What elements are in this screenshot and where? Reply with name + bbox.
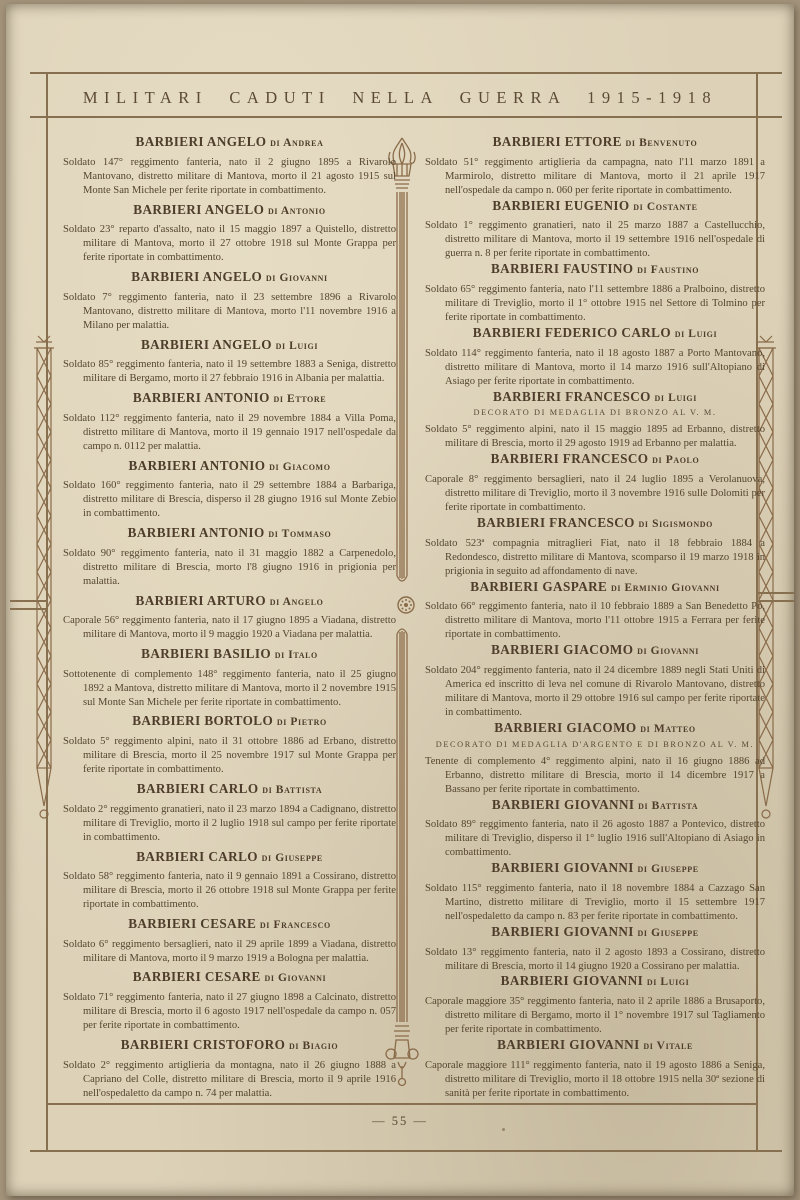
soldier-name-heading: BARBIERI ANGELO di Luigi — [63, 338, 396, 353]
soldier-entry: BARBIERI CARLO di Battista Soldato 2° re… — [63, 782, 396, 845]
soldier-patronymic: di Giacomo — [269, 461, 330, 473]
soldier-name-heading: BARBIERI CRISTOFORO di Biagio — [63, 1038, 396, 1053]
soldier-record-text: Soldato 160° reggimento fanteria, nato i… — [63, 479, 396, 521]
soldier-patronymic: di Pietro — [277, 716, 327, 728]
soldier-record-text: Caporale maggiore 111° reggimento fanter… — [425, 1059, 765, 1101]
soldier-name: BARBIERI ANTONIO — [133, 390, 270, 405]
soldier-record-text: Soldato 204° reggimento fanteria, nato i… — [425, 664, 765, 720]
soldier-patronymic: di Paolo — [652, 454, 699, 466]
soldier-patronymic: di Benvenuto — [626, 137, 698, 149]
soldier-name-heading: BARBIERI ARTURO di Angelo — [63, 594, 396, 609]
right-text-column: BARBIERI ETTORE di Benvenuto Soldato 51°… — [425, 135, 765, 1101]
soldier-name-heading: BARBIERI GIOVANNI di Vitale — [425, 1038, 765, 1053]
soldier-name: BARBIERI FAUSTINO — [491, 261, 634, 276]
soldier-name: BARBIERI BORTOLO — [132, 713, 273, 728]
soldier-patronymic: di Luigi — [675, 328, 717, 340]
soldier-name-heading: BARBIERI GIACOMO di Giovanni — [425, 643, 765, 658]
soldier-patronymic: di Battista — [262, 784, 322, 796]
soldier-name: BARBIERI GIACOMO — [494, 720, 636, 735]
soldier-entry: BARBIERI BASILIO di Italo Sottotenente d… — [63, 647, 396, 710]
soldier-entry: BARBIERI ETTORE di Benvenuto Soldato 51°… — [425, 135, 765, 198]
soldier-name: BARBIERI CESARE — [133, 969, 261, 984]
soldier-record-text: Soldato 5° reggimento alpini, nato il 31… — [63, 735, 396, 777]
soldier-name-heading: BARBIERI ANGELO di Giovanni — [63, 270, 396, 285]
banner-ornament-left — [22, 334, 66, 844]
soldier-name: BARBIERI CESARE — [128, 916, 256, 931]
soldier-name-heading: BARBIERI GIOVANNI di Luigi — [425, 974, 765, 989]
soldier-name: BARBIERI GIOVANNI — [501, 973, 644, 988]
soldier-name-heading: BARBIERI ANGELO di Andrea — [63, 135, 396, 150]
soldier-record-text: Sottotenente di complemento 148° reggime… — [63, 668, 396, 710]
soldier-entry: BARBIERI CESARE di Francesco Soldato 6° … — [63, 917, 396, 966]
soldier-name-heading: BARBIERI GIOVANNI di Giuseppe — [425, 861, 765, 876]
content-bottom-rule — [46, 1103, 757, 1105]
soldier-name-heading: BARBIERI ANTONIO di Ettore — [63, 391, 396, 406]
soldier-name-heading: BARBIERI CARLO di Battista — [63, 782, 396, 797]
soldier-patronymic: di Giovanni — [637, 645, 699, 657]
soldier-name-heading: BARBIERI BASILIO di Italo — [63, 647, 396, 662]
soldier-entry: BARBIERI FRANCESCO di Paolo Caporale 8° … — [425, 452, 765, 515]
soldier-record-text: Caporale 8° reggimento bersaglieri, nato… — [425, 473, 765, 515]
soldier-name: BARBIERI ANGELO — [131, 269, 262, 284]
soldier-record-text: Soldato 2° reggimento artiglieria da mon… — [63, 1059, 396, 1101]
soldier-name-heading: BARBIERI ANTONIO di Tommaso — [63, 526, 396, 541]
soldier-name: BARBIERI GIOVANNI — [491, 924, 634, 939]
soldier-entry: BARBIERI CARLO di Giuseppe Soldato 58° r… — [63, 850, 396, 913]
soldier-name: BARBIERI ANGELO — [141, 337, 272, 352]
soldier-record-text: Caporale 56° reggimento fanteria, nato i… — [63, 614, 396, 642]
soldier-patronymic: di Angelo — [270, 596, 324, 608]
top-outer-rule — [30, 72, 782, 74]
soldier-entry: BARBIERI CRISTOFORO di Biagio Soldato 2°… — [63, 1038, 396, 1101]
soldier-name: BARBIERI GIOVANNI — [497, 1037, 640, 1052]
soldier-record-text: Soldato 7° reggimento fanteria, nato il … — [63, 291, 396, 333]
soldier-record-text: Soldato 13° reggimento fanteria, nato il… — [425, 946, 765, 974]
soldier-name-heading: BARBIERI ANTONIO di Giacomo — [63, 459, 396, 474]
soldier-entry: BARBIERI GIOVANNI di Luigi Caporale magg… — [425, 974, 765, 1037]
soldier-name: BARBIERI CARLO — [137, 781, 259, 796]
soldier-entry: BARBIERI FEDERICO CARLO di Luigi Soldato… — [425, 326, 765, 389]
soldier-record-text: Soldato 112° reggimento fanteria, nato i… — [63, 412, 396, 454]
soldier-patronymic: di Andrea — [270, 137, 323, 149]
soldier-name: BARBIERI ANGELO — [133, 202, 264, 217]
soldier-entry: BARBIERI FRANCESCO di Sigismondo Soldato… — [425, 516, 765, 579]
soldier-entry: BARBIERI BORTOLO di Pietro Soldato 5° re… — [63, 714, 396, 777]
soldier-name-heading: BARBIERI CESARE di Francesco — [63, 917, 396, 932]
soldier-name: BARBIERI GASPARE — [470, 579, 607, 594]
soldier-name-heading: BARBIERI CARLO di Giuseppe — [63, 850, 396, 865]
soldier-entry: BARBIERI ANTONIO di Giacomo Soldato 160°… — [63, 459, 396, 522]
soldier-entry: BARBIERI ANTONIO di Tommaso Soldato 90° … — [63, 526, 396, 589]
rosette-icon — [397, 596, 415, 614]
soldier-patronymic: di Antonio — [268, 205, 326, 217]
soldier-entry: BARBIERI FAUSTINO di Faustino Soldato 65… — [425, 262, 765, 325]
soldier-name-heading: BARBIERI GIACOMO di Matteo — [425, 721, 765, 736]
soldier-record-text: Caporale maggiore 35° reggimento fanteri… — [425, 995, 765, 1037]
soldier-patronymic: di Costante — [633, 201, 697, 213]
soldier-record-text: Soldato 2° reggimento granatieri, nato i… — [63, 803, 396, 845]
soldier-entry: BARBIERI ANGELO di Giovanni Soldato 7° r… — [63, 270, 396, 333]
soldier-name: BARBIERI FEDERICO CARLO — [473, 325, 671, 340]
soldier-entry: BARBIERI GIOVANNI di Battista Soldato 89… — [425, 798, 765, 861]
soldier-name: BARBIERI ARTURO — [136, 593, 266, 608]
page-number: — 55 — — [6, 1114, 794, 1129]
soldier-patronymic: di Giovanni — [264, 972, 326, 984]
soldier-entry: BARBIERI ARTURO di Angelo Caporale 56° r… — [63, 594, 396, 643]
soldier-patronymic: di Sigismondo — [639, 518, 713, 530]
soldier-entry: BARBIERI ANGELO di Antonio Soldato 23° r… — [63, 203, 396, 266]
left-text-column: BARBIERI ANGELO di Andrea Soldato 147° r… — [63, 135, 396, 1101]
soldier-patronymic: di Tommaso — [268, 528, 331, 540]
soldier-patronymic: di Biagio — [289, 1040, 338, 1052]
soldier-name: BARBIERI GIOVANNI — [491, 860, 634, 875]
soldier-entry: BARBIERI CESARE di Giovanni Soldato 71° … — [63, 970, 396, 1033]
decoration-line: DECORATO DI MEDAGLIA D'ARGENTO E DI BRON… — [425, 740, 765, 749]
soldier-name: BARBIERI CRISTOFORO — [121, 1037, 286, 1052]
soldier-record-text: Soldato 90° reggimento fanteria, nato il… — [63, 547, 396, 589]
soldier-record-text: Soldato 23° reparto d'assalto, nato il 1… — [63, 223, 396, 265]
soldier-name: BARBIERI ANGELO — [136, 134, 267, 149]
soldier-record-text: Soldato 114° reggimento fanteria, nato i… — [425, 347, 765, 389]
soldier-name: BARBIERI GIACOMO — [491, 642, 633, 657]
soldier-record-text: Soldato 71° reggimento fanteria, nato il… — [63, 991, 396, 1033]
soldier-name-heading: BARBIERI GIOVANNI di Giuseppe — [425, 925, 765, 940]
soldier-name: BARBIERI BASILIO — [141, 646, 271, 661]
soldier-name-heading: BARBIERI FAUSTINO di Faustino — [425, 262, 765, 277]
soldier-record-text: Soldato 51° reggimento artiglieria da ca… — [425, 156, 765, 198]
soldier-patronymic: di Luigi — [276, 340, 318, 352]
stain-dot — [502, 1128, 505, 1131]
soldier-name-heading: BARBIERI CESARE di Giovanni — [63, 970, 396, 985]
soldier-name-heading: BARBIERI GASPARE di Erminio Giovanni — [425, 580, 765, 595]
page-title: MILITARI CADUTI NELLA GUERRA 1915-1918 — [6, 88, 794, 108]
soldier-patronymic: di Faustino — [637, 264, 699, 276]
soldier-name-heading: BARBIERI FRANCESCO di Paolo — [425, 452, 765, 467]
book-page: MILITARI CADUTI NELLA GUERRA 1915-1918 — [6, 4, 794, 1196]
soldier-patronymic: di Erminio Giovanni — [611, 582, 720, 594]
decoration-line: DECORATO DI MEDAGLIA DI BRONZO AL V. M. — [425, 408, 765, 417]
soldier-entry: BARBIERI FRANCESCO di Luigi DECORATO DI … — [425, 390, 765, 452]
soldier-patronymic: di Francesco — [260, 919, 331, 931]
bottom-outer-rule — [30, 1150, 782, 1152]
soldier-record-text: Soldato 58° reggimento fanteria, nato il… — [63, 870, 396, 912]
soldier-name-heading: BARBIERI EUGENIO di Costante — [425, 199, 765, 214]
soldier-patronymic: di Giovanni — [266, 272, 328, 284]
soldier-record-text: Soldato 89° reggimento fanteria, nato il… — [425, 818, 765, 860]
soldier-entry: BARBIERI GIOVANNI di Giuseppe Soldato 11… — [425, 861, 765, 924]
soldier-name-heading: BARBIERI GIOVANNI di Battista — [425, 798, 765, 813]
soldier-record-text: Soldato 6° reggimento bersaglieri, nato … — [63, 938, 396, 966]
soldier-name: BARBIERI EUGENIO — [492, 198, 629, 213]
soldier-patronymic: di Giuseppe — [638, 927, 699, 939]
soldier-patronymic: di Ettore — [273, 393, 326, 405]
soldier-name: BARBIERI ANTONIO — [128, 458, 265, 473]
stain-dot — [607, 1046, 609, 1048]
soldier-record-text: Tenente di complemento 4° reggimento alp… — [425, 755, 765, 797]
soldier-record-text: Soldato 147° reggimento fanteria, nato i… — [63, 156, 396, 198]
soldier-name: BARBIERI FRANCESCO — [493, 389, 651, 404]
soldier-entry: BARBIERI GIACOMO di Matteo DECORATO DI M… — [425, 721, 765, 797]
soldier-entry: BARBIERI ANTONIO di Ettore Soldato 112° … — [63, 391, 396, 454]
soldier-record-text: Soldato 523ª compagnia mitraglieri Fiat,… — [425, 537, 765, 579]
soldier-patronymic: di Giuseppe — [262, 852, 323, 864]
soldier-entry: BARBIERI GIOVANNI di Giuseppe Soldato 13… — [425, 925, 765, 974]
soldier-name: BARBIERI ANTONIO — [128, 525, 265, 540]
soldier-name-heading: BARBIERI FEDERICO CARLO di Luigi — [425, 326, 765, 341]
soldier-patronymic: di Giuseppe — [638, 863, 699, 875]
soldier-entry: BARBIERI EUGENIO di Costante Soldato 1° … — [425, 199, 765, 262]
soldier-record-text: Soldato 115° reggimento fanteria, nato i… — [425, 882, 765, 924]
soldier-name-heading: BARBIERI ETTORE di Benvenuto — [425, 135, 765, 150]
soldier-record-text: Soldato 1° reggimento granatieri, nato i… — [425, 219, 765, 261]
soldier-patronymic: di Italo — [275, 649, 318, 661]
soldier-patronymic: di Luigi — [655, 392, 697, 404]
soldier-patronymic: di Battista — [638, 800, 698, 812]
soldier-entry: BARBIERI ANGELO di Andrea Soldato 147° r… — [63, 135, 396, 198]
left-accent-rule — [10, 600, 46, 602]
soldier-name: BARBIERI GIOVANNI — [492, 797, 635, 812]
soldier-record-text: Soldato 66° reggimento fanteria, nato il… — [425, 600, 765, 642]
soldier-record-text: Soldato 65° reggimento fanteria, nato l'… — [425, 283, 765, 325]
soldier-entry: BARBIERI ANGELO di Luigi Soldato 85° reg… — [63, 338, 396, 387]
top-inner-rule — [30, 116, 782, 118]
soldier-patronymic: di Luigi — [647, 976, 689, 988]
soldier-name: BARBIERI FRANCESCO — [477, 515, 635, 530]
soldier-name: BARBIERI ETTORE — [493, 134, 622, 149]
soldier-name-heading: BARBIERI ANGELO di Antonio — [63, 203, 396, 218]
soldier-record-text: Soldato 5° reggimento alpini, nato il 15… — [425, 423, 765, 451]
soldier-name-heading: BARBIERI FRANCESCO di Sigismondo — [425, 516, 765, 531]
soldier-entry: BARBIERI GIOVANNI di Vitale Caporale mag… — [425, 1038, 765, 1101]
soldier-name-heading: BARBIERI BORTOLO di Pietro — [63, 714, 396, 729]
soldier-entry: BARBIERI GASPARE di Erminio Giovanni Sol… — [425, 580, 765, 643]
soldier-record-text: Soldato 85° reggimento fanteria, nato il… — [63, 358, 396, 386]
soldier-name: BARBIERI CARLO — [136, 849, 258, 864]
soldier-entry: BARBIERI GIACOMO di Giovanni Soldato 204… — [425, 643, 765, 720]
soldier-patronymic: di Vitale — [643, 1040, 693, 1052]
soldier-name-heading: BARBIERI FRANCESCO di Luigi — [425, 390, 765, 405]
soldier-patronymic: di Matteo — [640, 723, 695, 735]
left-accent-rule-2 — [10, 608, 46, 610]
soldier-name: BARBIERI FRANCESCO — [491, 451, 649, 466]
